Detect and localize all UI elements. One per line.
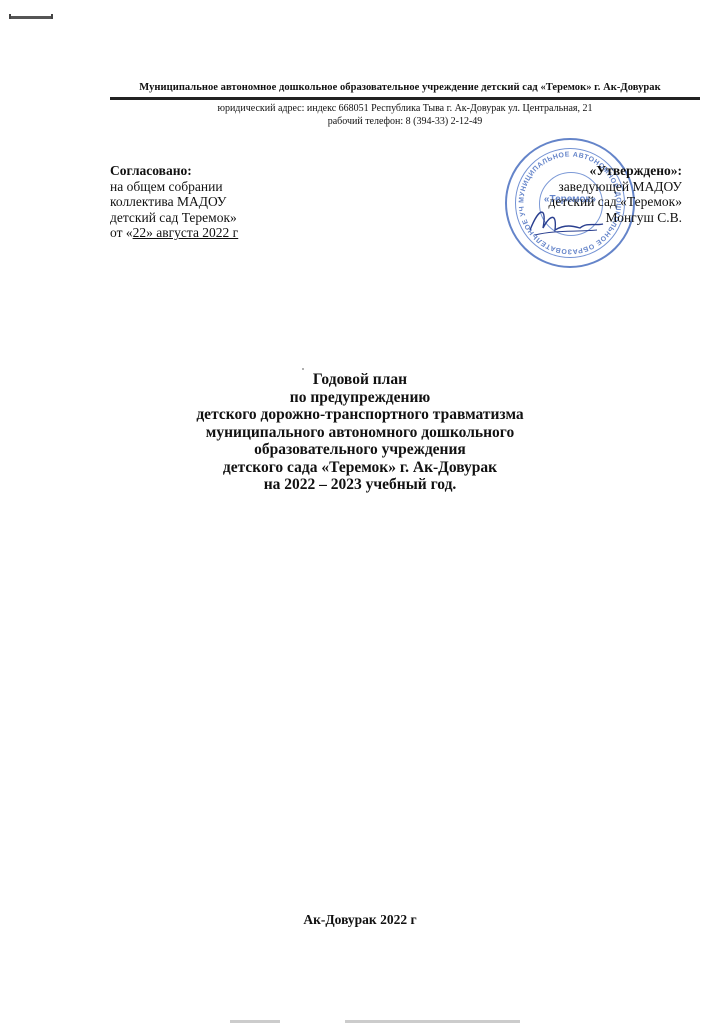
- header-divider: [110, 97, 700, 100]
- agreed-title: Согласовано:: [110, 163, 238, 179]
- title-line: образовательного учреждения: [150, 441, 570, 459]
- agreed-line: детский сад Теремок»: [110, 210, 238, 226]
- title-line: детского дорожно-транспортного травматиз…: [150, 406, 570, 424]
- agreed-line: на общем собрании: [110, 179, 238, 195]
- title-line: детского сада «Теремок» г. Ак-Довурак: [150, 459, 570, 477]
- scan-edge-mark: [400, 1020, 520, 1023]
- work-phone: рабочий телефон: 8 (394-33) 2-12-49: [110, 116, 700, 127]
- title-line: Годовой план: [150, 371, 570, 389]
- signature-icon: [525, 200, 605, 240]
- scan-speck: [302, 368, 304, 370]
- agreed-date: от «22» августа 2022 г: [110, 225, 238, 241]
- approved-line: заведующей МАДОУ: [548, 179, 682, 195]
- scan-corner-mark: [9, 16, 53, 19]
- agreed-block: Согласовано: на общем собрании коллектив…: [110, 163, 238, 241]
- agreed-line: коллектива МАДОУ: [110, 194, 238, 210]
- scan-edge-mark: [230, 1020, 280, 1023]
- title-line: по предупреждению: [150, 389, 570, 407]
- title-line: муниципального автономного дошкольного: [150, 424, 570, 442]
- place-and-year: Ак-Довурак 2022 г: [250, 912, 470, 928]
- organization-header: Муниципальное автономное дошкольное обра…: [110, 82, 690, 93]
- approved-title: «Утверждено»:: [548, 163, 682, 179]
- document-title: Годовой план по предупреждению детского …: [150, 371, 570, 494]
- legal-address: юридический адрес: индекс 668051 Республ…: [110, 103, 700, 114]
- title-line: на 2022 – 2023 учебный год.: [150, 476, 570, 494]
